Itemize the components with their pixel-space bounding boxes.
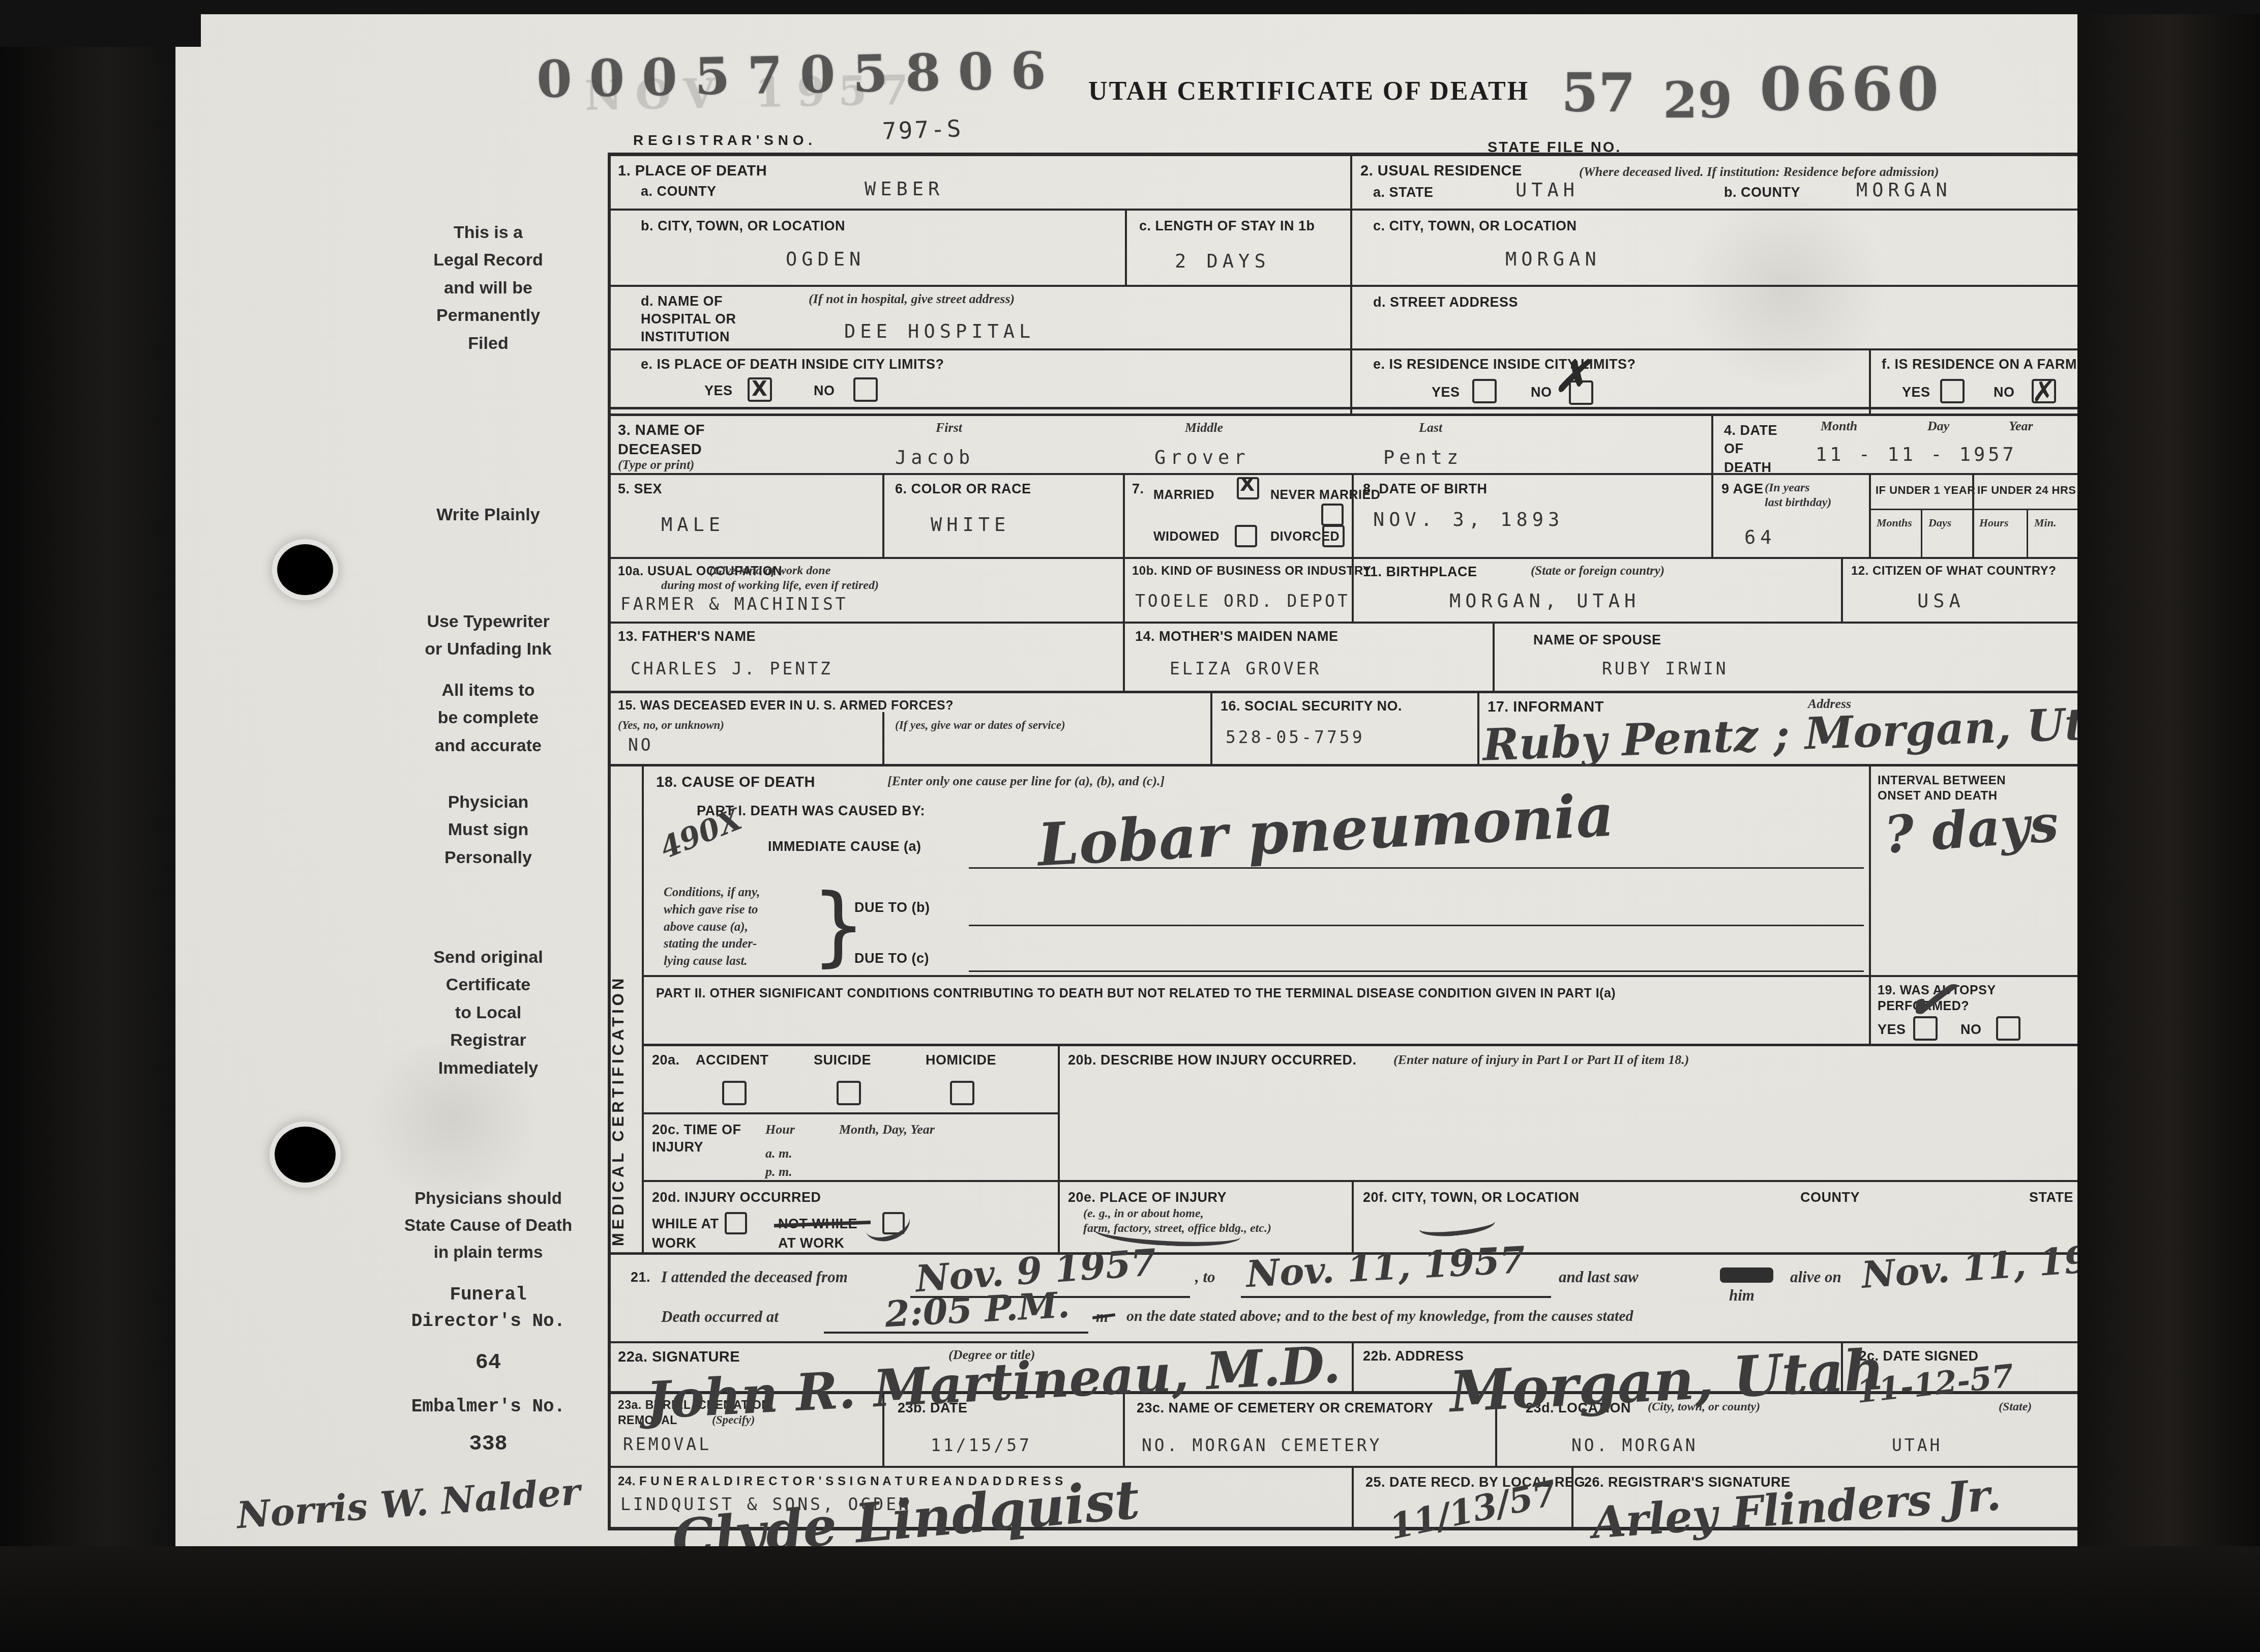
- s10a-value: FARMER & MACHINIST: [620, 594, 848, 614]
- s2-title-hint: (Where deceased lived. If institution: R…: [1579, 164, 2077, 180]
- death-certificate-scan: NOV 1957 0005705806 UTAH CERTIFICATE OF …: [0, 0, 2260, 1652]
- s9-label: 9 AGE: [1721, 481, 1764, 498]
- s2d-label: d. STREET ADDRESS: [1373, 294, 1518, 311]
- interval-value: ? days: [1883, 798, 2060, 861]
- funeral-director-no-value: 64: [366, 1350, 610, 1375]
- margin-note-physician: Physician Must sign Personally: [376, 788, 600, 871]
- s7-never-checkbox: [1321, 504, 1344, 526]
- s20f-label: 20f. CITY, TOWN, OR LOCATION: [1363, 1189, 1580, 1206]
- s4-month-label: Month: [1821, 418, 1857, 434]
- s20a-homicide-label: HOMICIDE: [926, 1052, 996, 1069]
- s15-label: 15. WAS DECEASED EVER IN U. S. ARMED FOR…: [618, 698, 954, 714]
- s20d-while-label: WHILE AT: [652, 1216, 719, 1233]
- registrars-no-value: 797-S: [882, 114, 963, 144]
- s2e-yes-label: YES: [1432, 384, 1460, 401]
- s6-value: WHITE: [931, 514, 1010, 536]
- s11-value: MORGAN, UTAH: [1449, 590, 1640, 612]
- s21-text7: on the date stated above; and to the bes…: [1126, 1307, 1633, 1325]
- left-border: [0, 0, 175, 1652]
- s20d-atwork-label: AT WORK: [778, 1235, 844, 1252]
- embalmers-no-label: Embalmer's No.: [356, 1396, 620, 1417]
- margin-note-plain-terms: Physicians should State Cause of Death i…: [346, 1185, 631, 1265]
- s21-him: him: [1729, 1286, 1755, 1305]
- s1b-label: b. CITY, TOWN, OR LOCATION: [641, 218, 845, 235]
- s1e-yes-label: YES: [704, 382, 733, 400]
- s8-label: 8. DATE OF BIRTH: [1363, 481, 1488, 498]
- s3-last-label: Last: [1419, 420, 1442, 435]
- s11-label: 11. BIRTHPLACE: [1363, 564, 1477, 581]
- s2f-yes-label: YES: [1902, 384, 1930, 401]
- s20e-label: 20e. PLACE OF INJURY: [1068, 1189, 1227, 1206]
- s15-hint1: (Yes, no, or unknown): [618, 718, 724, 732]
- s9-value: 64: [1744, 526, 1776, 548]
- s9-hint: (In years last birthday): [1765, 481, 1831, 510]
- s21-text1: I attended the deceased from: [661, 1267, 848, 1286]
- s5-label: 5. SEX: [618, 481, 662, 498]
- s20c-hour-label: Hour: [765, 1122, 795, 1137]
- s20a-label: 20a.: [652, 1052, 680, 1069]
- s10a-hint: (Give kind of work done during most of w…: [661, 564, 879, 593]
- s9-days-label: Days: [1928, 516, 1951, 529]
- s1e-no-checkbox: [853, 377, 878, 402]
- s19-no-label: NO: [1960, 1021, 1982, 1039]
- s1b-value: OGDEN: [786, 248, 865, 270]
- s21-text3: and last saw: [1559, 1267, 1639, 1286]
- s16-value: 528-05-7759: [1226, 727, 1365, 747]
- s2e-label: e. IS RESIDENCE INSIDE CITY LIMITS?: [1373, 356, 1636, 373]
- s2e-no-label: NO: [1531, 384, 1552, 401]
- s18-conditions: Conditions, if any, which gave rise to a…: [664, 884, 760, 970]
- stain: [1678, 193, 1892, 387]
- s2a-label: a. STATE: [1373, 184, 1434, 201]
- s3-last-value: Pentz: [1383, 447, 1463, 468]
- spouse-label: NAME OF SPOUSE: [1533, 632, 1661, 649]
- s5-value: MALE: [661, 514, 725, 536]
- s18-immediate-label: IMMEDIATE CAUSE (a): [768, 838, 921, 855]
- s15-value: NO: [628, 735, 653, 755]
- s12-label: 12. CITIZEN OF WHAT COUNTRY?: [1851, 564, 2056, 579]
- s7-divorced-checkbox: [1322, 525, 1345, 547]
- s1c-label: c. LENGTH OF STAY IN 1b: [1139, 218, 1315, 235]
- s20a-homicide-checkbox: [950, 1081, 974, 1105]
- s20a-suicide-label: SUICIDE: [814, 1052, 871, 1069]
- s9-min-label: Min.: [2034, 516, 2056, 529]
- struck-word: [1720, 1267, 1773, 1283]
- s23d-value1: NO. MORGAN: [1571, 1435, 1698, 1455]
- s10b-value: TOOELE ORD. DEPOT: [1135, 591, 1350, 611]
- s1e-yes-mark: X: [752, 377, 767, 401]
- s7-married-label: MARRIED: [1153, 487, 1214, 503]
- s23d-state-hint: (State): [1999, 1400, 2032, 1414]
- s1d-label: d. NAME OF HOSPITAL OR INSTITUTION: [641, 292, 736, 346]
- s4-value: 11 - 11 - 1957: [1816, 444, 2017, 465]
- s12-value: USA: [1917, 590, 1965, 612]
- margin-note-send-original: Send original Certificate to Local Regis…: [376, 943, 600, 1082]
- s18-bracket: [Enter only one cause per line for (a), …: [887, 773, 1165, 789]
- s3-middle-value: Grover: [1154, 447, 1250, 468]
- s8-value: NOV. 3, 1893: [1373, 509, 1564, 530]
- state-file-stamp-3: 0660: [1760, 53, 1943, 124]
- s3-label: 3. NAME OF DECEASED: [618, 421, 705, 459]
- s13-value: CHARLES J. PENTZ: [631, 659, 833, 678]
- state-file-stamp-1: 57: [1561, 61, 1635, 124]
- s14-value: ELIZA GROVER: [1170, 659, 1321, 678]
- s2e-no-mark: ✗: [1554, 351, 1590, 402]
- medical-certification-label: MEDICAL CERTIFICATION: [609, 773, 628, 1246]
- s23d-value2: UTAH: [1892, 1435, 1942, 1455]
- s4-label: 4. DATE OF DEATH: [1724, 421, 1777, 477]
- s3-hint: (Type or print): [618, 458, 694, 473]
- s1a-label: a. COUNTY: [641, 183, 717, 200]
- registrars-no-label: R E G I S T R A R ' S N O .: [633, 131, 813, 149]
- s19-no-checkbox: [1996, 1016, 2020, 1041]
- s20f-state-label: STATE: [2029, 1189, 2073, 1206]
- document-number-stamp: 0005705806: [536, 40, 1064, 109]
- s2f-no-mark: ✗: [2032, 375, 2056, 408]
- margin-note-typewriter: Use Typewriter or Unfading Ink: [366, 608, 610, 663]
- s19-yes-mark: ✓: [1900, 966, 1959, 1034]
- s4-year-label: Year: [2009, 418, 2033, 434]
- s1d-value: DEE HOSPITAL: [844, 320, 1035, 342]
- s23a-value: REMOVAL: [623, 1434, 711, 1454]
- conditions-brace: }: [811, 882, 866, 969]
- s1-title: 1. PLACE OF DEATH: [618, 162, 767, 180]
- s9-hours-label: Hours: [1979, 516, 2008, 529]
- s23c-value: NO. MORGAN CEMETERY: [1142, 1435, 1382, 1455]
- s20c-pm-label: p. m.: [765, 1164, 792, 1179]
- embalmers-no-value: 338: [366, 1432, 610, 1456]
- s9-u1-label: IF UNDER 1 YEAR: [1876, 483, 1976, 497]
- s20a-accident-checkbox: [722, 1081, 747, 1105]
- s2f-yes-checkbox: [1940, 379, 1965, 403]
- s20d-work-label: WORK: [652, 1235, 696, 1252]
- s2c-label: c. CITY, TOWN, OR LOCATION: [1373, 218, 1577, 235]
- s21-text5: Death occurred at: [661, 1307, 779, 1326]
- s21-text2: , to: [1195, 1267, 1215, 1286]
- s16-label: 16. SOCIAL SECURITY NO.: [1221, 698, 1402, 715]
- s20d-label: 20d. INJURY OCCURRED: [652, 1189, 821, 1206]
- right-border: [2077, 0, 2260, 1652]
- s21-text4: alive on: [1790, 1267, 1841, 1286]
- s9-months-label: Months: [1877, 516, 1912, 529]
- margin-note-write-plainly: Write Plainly: [376, 501, 600, 528]
- s2e-yes-checkbox: [1472, 379, 1497, 403]
- top-border: [0, 0, 2260, 14]
- s2f-no-label: NO: [1994, 384, 2015, 401]
- s4-day-label: Day: [1927, 418, 1949, 434]
- s20a-accident-label: ACCIDENT: [696, 1052, 769, 1069]
- s9-u24-label: IF UNDER 24 HRS: [1977, 483, 2076, 497]
- s1d-hint: (If not in hospital, give street address…: [809, 291, 1015, 307]
- bottom-border: [0, 1546, 2260, 1652]
- s20c-label: 20c. TIME OF INJURY: [652, 1122, 741, 1156]
- s20d-while-checkbox: [725, 1212, 747, 1234]
- margin-note-legal-record: This is a Legal Record and will be Perma…: [376, 219, 600, 357]
- state-file-stamp-2: 29: [1663, 71, 1732, 130]
- s2a-value: UTAH: [1515, 179, 1579, 201]
- s7-married-mark: X: [1240, 473, 1255, 495]
- s1a-value: WEBER: [865, 178, 944, 200]
- s2-title: 2. USUAL RESIDENCE: [1360, 162, 1522, 180]
- s20c-am-label: a. m.: [765, 1145, 792, 1161]
- s20a-suicide-checkbox: [837, 1081, 861, 1105]
- s1e-no-label: NO: [814, 382, 835, 400]
- s15-hint2: (If yes, give war or dates of service): [895, 718, 1065, 732]
- s1c-value: 2 DAYS: [1175, 250, 1270, 272]
- s22a-label: 22a. SIGNATURE: [618, 1348, 740, 1366]
- s2c-value: MORGAN: [1505, 248, 1601, 270]
- s18-label: 18. CAUSE OF DEATH: [656, 773, 815, 791]
- s20f-county-label: COUNTY: [1800, 1189, 1860, 1206]
- page-title: UTAH CERTIFICATE OF DEATH: [1088, 76, 1529, 106]
- s23b-value: 11/15/57: [931, 1435, 1032, 1455]
- s7-widowed-label: WIDOWED: [1153, 529, 1220, 545]
- hole-punch: [275, 1127, 336, 1183]
- top-left-corner: [0, 0, 201, 47]
- s14-label: 14. MOTHER'S MAIDEN NAME: [1135, 628, 1338, 645]
- s20b-label: 20b. DESCRIBE HOW INJURY OCCURRED.: [1068, 1052, 1357, 1069]
- s18-part2: PART II. OTHER SIGNIFICANT CONDITIONS CO…: [656, 986, 1856, 1001]
- s10b-label: 10b. KIND OF BUSINESS OR INDUSTRY: [1132, 564, 1371, 579]
- s1e-label: e. IS PLACE OF DEATH INSIDE CITY LIMITS?: [641, 356, 944, 373]
- hole-punch: [277, 544, 333, 595]
- s11-hint: (State or foreign country): [1531, 564, 1664, 579]
- spouse-value: RUBY IRWIN: [1602, 659, 1729, 678]
- s21-time-value: 2:05 P.M.: [884, 1287, 1070, 1333]
- s3-first-label: First: [936, 420, 962, 435]
- s7-label: 7.: [1132, 481, 1144, 498]
- s2b-value: MORGAN: [1856, 179, 1952, 201]
- s3-middle-label: Middle: [1185, 420, 1223, 435]
- s21-number: 21.: [631, 1269, 650, 1286]
- s7-widowed-checkbox: [1235, 525, 1257, 547]
- s2f-label: f. IS RESIDENCE ON A FARM?: [1882, 356, 2086, 373]
- s6-label: 6. COLOR OR RACE: [895, 481, 1031, 498]
- s17-label: 17. INFORMANT: [1488, 698, 1604, 716]
- margin-note-complete: All items to be complete and accurate: [376, 676, 600, 759]
- s13-label: 13. FATHER'S NAME: [618, 628, 756, 645]
- s20c-mdy-label: Month, Day, Year: [839, 1122, 935, 1137]
- s3-first-value: Jacob: [895, 447, 974, 468]
- s20b-hint: (Enter nature of injury in Part I or Par…: [1393, 1052, 1689, 1068]
- funeral-director-no-label: Funeral Director's No.: [366, 1282, 610, 1335]
- s2b-label: b. COUNTY: [1724, 184, 1800, 201]
